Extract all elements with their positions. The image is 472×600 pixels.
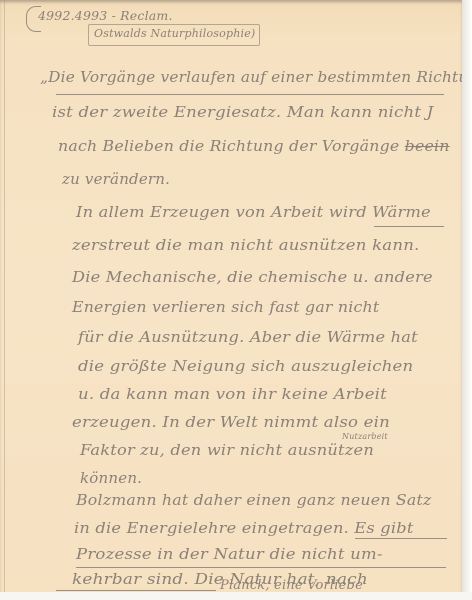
line-1-text: „Die Vorgänge verlaufen auf einer bestim…: [40, 68, 462, 86]
header-reference: 4992.4993 - Reclam.: [38, 8, 173, 23]
line-13-text: Faktor zu, den wir nicht ausnützen: [80, 441, 374, 459]
line-5-text: In allem Erzeugen von Arbeit wird Wärme: [76, 203, 431, 221]
line-8-text: Energien verlieren sich fast gar nicht: [72, 298, 379, 316]
line-7-text: Die Mechanische, die chemische u. andere: [72, 268, 433, 286]
line-16-text: in die Energielehre eingetragen. Es gibt: [74, 519, 414, 537]
text-line-10: die größte Neigung sich auszugleichen: [78, 357, 413, 375]
line-17-underline: [76, 567, 446, 568]
text-line-5: In allem Erzeugen von Arbeit wird Wärme: [76, 203, 431, 221]
line-2-mark: J: [427, 103, 434, 121]
line-3-text: nach Belieben die Richtung der Vorgänge: [58, 137, 399, 155]
text-line-8: Energien verlieren sich fast gar nicht: [72, 298, 379, 316]
line-12-text: erzeugen. In der Welt nimmt also ein: [72, 413, 390, 431]
line-17-text: Prozesse in der Natur die nicht um-: [76, 545, 383, 563]
text-line-3: nach Belieben die Richtung der Vorgänge …: [58, 137, 450, 155]
scan-margin-bottom: [0, 592, 472, 600]
text-line-11: u. da kann man von ihr keine Arbeit: [78, 385, 387, 403]
text-line-19: Planck, eine Vorliebe: [220, 578, 363, 592]
line-6-text: zerstreut die man nicht ausnützen kann.: [72, 236, 420, 254]
text-line-16: in die Energielehre eingetragen. Es gibt: [74, 519, 414, 537]
scan-margin-right: [462, 0, 472, 600]
text-line-14: können.: [80, 469, 142, 487]
line-1-underline: [56, 94, 444, 95]
text-line-6: zerstreut die man nicht ausnützen kann.: [72, 236, 420, 254]
line-10-text: die größte Neigung sich auszugleichen: [78, 357, 413, 375]
line-16-underline: [355, 538, 447, 539]
text-line-7: Die Mechanische, die chemische u. andere: [72, 268, 433, 286]
line-19-text: Planck, eine Vorliebe: [220, 578, 363, 592]
header-title: Ostwalds Naturphilosophie): [94, 27, 255, 40]
text-line-1: „Die Vorgänge verlaufen auf einer bestim…: [40, 68, 462, 86]
page-edge-rule: [4, 0, 5, 592]
line-11-text: u. da kann man von ihr keine Arbeit: [78, 385, 387, 403]
line-3-struck-word: beein: [405, 137, 450, 155]
line-2-text: ist der zweite Energiesatz. Man kann nic…: [52, 103, 421, 121]
text-line-15: Bolzmann hat daher einen ganz neuen Satz: [76, 491, 432, 509]
text-line-9: für die Ausnützung. Aber die Wärme hat: [78, 328, 418, 346]
line-5-underline: [374, 226, 444, 227]
text-line-17: Prozesse in der Natur die nicht um-: [76, 545, 383, 563]
line-9-text: für die Ausnützung. Aber die Wärme hat: [78, 328, 418, 346]
text-line-12: erzeugen. In der Welt nimmt also ein: [72, 413, 390, 431]
manuscript-page: 4992.4993 - Reclam. Ostwalds Naturphilos…: [0, 0, 462, 592]
line-14-text: können.: [80, 469, 142, 487]
text-line-4: zu verändern.: [62, 170, 170, 188]
line-15-text: Bolzmann hat daher einen ganz neuen Satz: [76, 491, 432, 509]
text-line-2: ist der zweite Energiesatz. Man kann nic…: [52, 103, 434, 121]
line-4-text: zu verändern.: [62, 170, 170, 188]
line-18-underline: [56, 590, 216, 591]
text-line-13: Faktor zu, den wir nicht ausnützen: [80, 441, 374, 459]
interlinear-insertion: Nutzarbeit: [342, 432, 388, 441]
